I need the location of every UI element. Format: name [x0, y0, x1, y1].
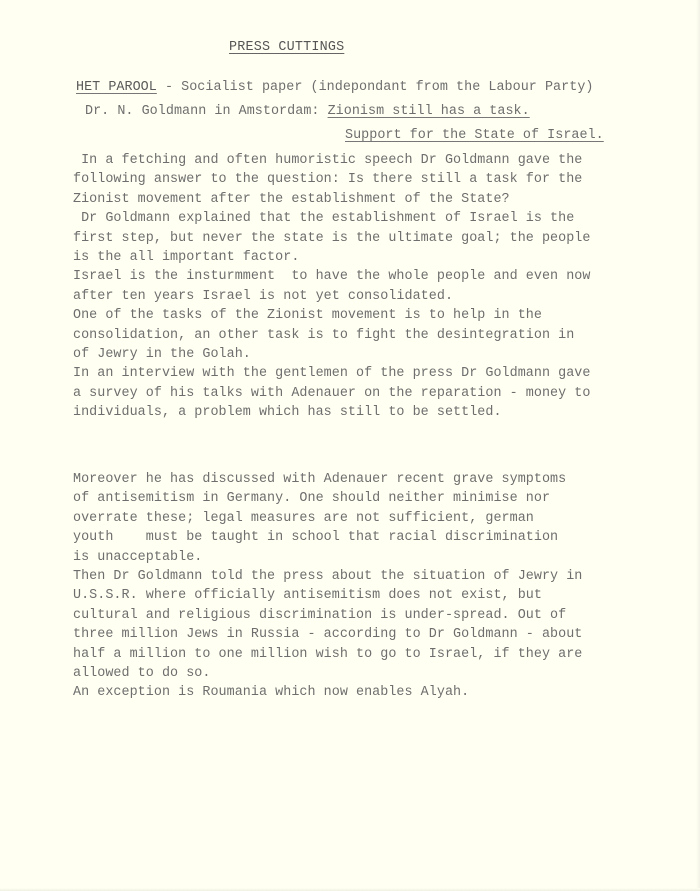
text-line: One of the tasks of the Zionist movement… — [73, 306, 643, 325]
headline-line: Dr. N. Goldmann in Amstordam: Zionism st… — [85, 104, 530, 120]
text-line: cultural and religious discrimination is… — [73, 606, 643, 625]
source-line: HET PAROOL - Socialist paper (indepondan… — [76, 80, 594, 96]
text-line: Moreover he has discussed with Adenauer … — [73, 470, 643, 489]
text-line: Then Dr Goldmann told the press about th… — [73, 567, 643, 586]
text-line: is the all important factor. — [73, 248, 643, 267]
section-2: Moreover he has discussed with Adenauer … — [73, 470, 643, 703]
section-1: In a fetching and often humoristic speec… — [73, 151, 643, 422]
paper-name: HET PAROOL — [76, 80, 157, 95]
text-line: Zionist movement after the establishment… — [73, 190, 643, 209]
headline-sub-line: Support for the State of Israel. — [345, 128, 604, 144]
text-line: of Jewry in the Golah. — [73, 345, 643, 364]
text-line: consolidation, an other task is to fight… — [73, 326, 643, 345]
text-line: In a fetching and often humoristic speec… — [73, 151, 643, 170]
headline-sub: Support for the State of Israel. — [345, 128, 604, 143]
text-line: overrate these; legal measures are not s… — [73, 509, 643, 528]
text-line: of antisemitism in Germany. One should n… — [73, 489, 643, 508]
headline-prefix: Dr. N. Goldmann in Amstordam: — [85, 104, 328, 119]
text-line: first step, but never the state is the u… — [73, 229, 643, 248]
text-line: In an interview with the gentlemen of th… — [73, 364, 643, 383]
headline-main: Zionism still has a task. — [328, 104, 530, 119]
text-line: is unacceptable. — [73, 548, 643, 567]
text-line: Israel is the insturmment to have the wh… — [73, 267, 643, 286]
text-line: allowed to do so. — [73, 664, 643, 683]
text-line: a survey of his talks with Adenauer on t… — [73, 384, 643, 403]
paper-description: - Socialist paper (indepondant from the … — [157, 80, 594, 95]
text-line: following answer to the question: Is the… — [73, 170, 643, 189]
document-title: PRESS CUTTINGS — [229, 40, 344, 55]
text-line: U.S.S.R. where officially antisemitism d… — [73, 586, 643, 605]
text-line: individuals, a problem which has still t… — [73, 403, 643, 422]
text-line: after ten years Israel is not yet consol… — [73, 287, 643, 306]
text-line: Dr Goldmann explained that the establish… — [73, 209, 643, 228]
text-line: An exception is Roumania which now enabl… — [73, 683, 643, 702]
document-page: PRESS CUTTINGS HET PAROOL - Socialist pa… — [0, 0, 700, 891]
text-line: half a million to one million wish to go… — [73, 645, 643, 664]
page-edge-right — [696, 0, 700, 891]
text-line: youth must be taught in school that raci… — [73, 528, 643, 547]
text-line: three million Jews in Russia - according… — [73, 625, 643, 644]
